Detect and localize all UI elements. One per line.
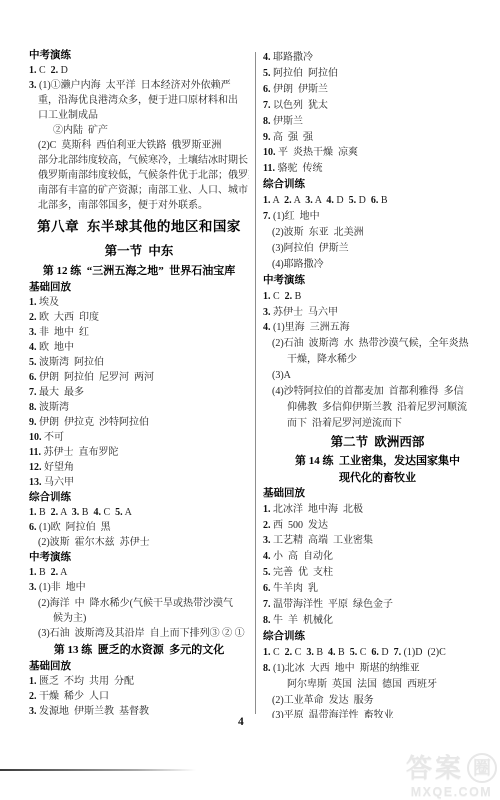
answer-line: 9. 伊朗 伊拉克 沙特阿拉伯: [29, 415, 249, 430]
left-column: 中考演练1. C 2. D3. (1)①濑户内海 太平洋 日本经济对外依赖严重，…: [29, 48, 249, 720]
answer-subline: (2)波斯 霍尔木兹 苏伊士: [29, 535, 249, 550]
watermark: 答案 圈 MXQE.COM: [406, 753, 497, 799]
answer-line: 4. 欧 地中: [29, 340, 249, 355]
answer-line: 4. (1)里海 三洲五海: [263, 320, 492, 336]
answer-line: 4. 耶路撒冷: [263, 50, 492, 66]
answer-continuation: 干燥，降水稀少: [263, 352, 492, 368]
answer-subline: 口工业制成品: [29, 108, 249, 123]
answer-continuation: 候为主): [29, 611, 249, 626]
answer-subline: (2)波斯 东亚 北美洲: [263, 225, 492, 241]
answer-line: 11. 骆驼 传统: [263, 161, 492, 177]
answer-continuation: ②内陆 矿产: [29, 123, 249, 138]
answer-subline: (2)石油 波斯湾 水 热带沙漠气候，全年炎热: [263, 336, 492, 352]
answer-subline: (2)海洋 中 降水稀少(气候干旱或热带沙漠气: [29, 596, 249, 611]
block-heading: 基础回放: [29, 659, 249, 674]
block-heading: 综合训练: [29, 490, 249, 505]
answer-subline: (3)A: [263, 368, 492, 384]
answer-line: 2. 欧 大西 印度: [29, 310, 249, 325]
block-heading: 综合训练: [263, 177, 492, 193]
answer-line: 1. C 2. C 3. B 4. B 5. C 6. D 7. (1)D (2…: [263, 645, 492, 661]
answer-subline: (4)沙特阿拉伯的首都麦加 首都利雅得 多信: [263, 384, 492, 400]
answer-line: 3. 非 地中 红: [29, 325, 249, 340]
answer-line: 1. C 2. D: [29, 63, 249, 78]
block-heading: 中考演练: [29, 48, 249, 63]
answer-line: 5. 阿拉伯 阿拉伯: [263, 66, 492, 82]
answer-subline: 南部有丰富的矿产资源；南部工业、人口、城市比: [29, 183, 249, 198]
answer-continuation: 阿尔卑斯 英国 法国 德国 西班牙: [263, 677, 492, 693]
answer-line: 3. 工艺精 高端 工业密集: [263, 533, 492, 549]
answer-subline: (4)耶路撒冷: [263, 257, 492, 273]
watermark-brand: 答案 圈: [406, 753, 497, 783]
answer-subline: (2)工业革命 发达 服务: [263, 693, 492, 709]
answer-line: 4. 小 高 自动化: [263, 549, 492, 565]
answer-line: 2. 西 500 发达: [263, 518, 492, 534]
answer-line: 5. 波斯湾 阿拉伯: [29, 355, 249, 370]
page-number: 4: [238, 716, 244, 728]
answer-subline: 重，沿海优良港湾众多，便于进口原材料和出: [29, 93, 249, 108]
answer-line: 6. (1)欧 阿拉伯 黑: [29, 520, 249, 535]
section-title: 第一节 中东: [29, 240, 249, 262]
watermark-domain: MXQE.COM: [406, 786, 497, 799]
answer-line: 1. C 2. B: [263, 289, 492, 305]
answer-line: 1. B 2. A: [29, 565, 249, 580]
answer-line: 1. 匮乏 不均 共用 分配: [29, 674, 249, 689]
answer-line: 3. (1)①濑户内海 太平洋 日本经济对外依赖严: [29, 78, 249, 93]
answer-line: 8. 牛 羊 机械化: [263, 613, 492, 629]
answer-line: 7. 温带海洋性 平原 绿色金子: [263, 597, 492, 613]
answer-line: 1. 埃及: [29, 295, 249, 310]
right-column: 4. 耶路撒冷5. 阿拉伯 阿拉伯6. 伊朗 伊斯兰7. 以色列 犹太8. 伊斯…: [263, 50, 492, 718]
answer-line: 1. A 2. A 3. A 4. D 5. D 6. B: [263, 193, 492, 209]
answer-line: 13. 马六甲: [29, 475, 249, 490]
answer-line: 3. (1)非 地中: [29, 580, 249, 595]
answer-key-page: 中考演练1. C 2. D3. (1)①濑户内海 太平洋 日本经济对外依赖严重，…: [0, 0, 500, 800]
block-heading: 基础回放: [263, 486, 492, 502]
answer-line: 5. 完善 优 支柱: [263, 565, 492, 581]
answer-subline: (3)平原 温带海洋性 畜牧业: [263, 708, 492, 718]
answer-line: 8. 伊斯兰: [263, 114, 492, 130]
block-heading: 综合训练: [263, 629, 492, 645]
page-edge-scan-line: [0, 769, 196, 771]
answer-subline: 北部多，南部邻国多，便于对外联系。: [29, 198, 249, 213]
answer-line: 3. 发源地 伊斯兰教 基督教: [29, 704, 249, 719]
answer-subline: 部分北部纬度较高，气候寒冷，土壤结冰时期长；: [29, 153, 249, 168]
answer-line: 11. 苏伊士 直布罗陀: [29, 445, 249, 460]
block-heading: 中考演练: [263, 273, 492, 289]
answer-line: 1. 北冰洋 地中海 北极: [263, 502, 492, 518]
watermark-brand-text: 答案: [406, 755, 464, 781]
answer-line: 8. 波斯湾: [29, 400, 249, 415]
answer-subline: 俄罗斯南部纬度较低，气候条件优于北部；俄罗斯: [29, 168, 249, 183]
answer-line: 6. 伊朗 伊斯兰: [263, 82, 492, 98]
answer-line: 10. 不可: [29, 430, 249, 445]
answer-subline: (3)阿拉伯 伊斯兰: [263, 241, 492, 257]
answer-line: 7. 最大 最多: [29, 385, 249, 400]
answer-line: 10. 平 炎热干燥 凉爽: [263, 145, 492, 161]
block-heading: 基础回放: [29, 280, 249, 295]
answer-line: 7. (1)红 地中: [263, 209, 492, 225]
answer-line: 6. 伊朗 阿拉伯 尼罗河 两河: [29, 370, 249, 385]
section-title: 第二节 欧洲西部: [263, 432, 492, 452]
lesson-title: 第 12 练 “三洲五海之地” 世界石油宝库: [29, 262, 249, 280]
answer-continuation: 而下 沿着尼罗河逆流而下: [263, 416, 492, 432]
answer-subline: (3)石油 波斯湾及其沿岸 自上而下排列③ ② ①: [29, 626, 249, 641]
block-heading: 中考演练: [29, 550, 249, 565]
answer-line: 7. 以色列 犹太: [263, 98, 492, 114]
column-divider-line: [255, 52, 256, 714]
answer-line: 2. 干燥 稀少 人口: [29, 689, 249, 704]
answer-line: 12. 好望角: [29, 460, 249, 475]
lesson-title: 现代化的畜牧业: [263, 470, 492, 486]
answer-line: 8. (1)北冰 大西 地中 斯堪的纳维亚: [263, 661, 492, 677]
lesson-title: 第 13 练 匮乏的水资源 多元的文化: [29, 641, 249, 659]
answer-line: 9. 高 强 强: [263, 130, 492, 146]
watermark-circled-char: 圈: [467, 753, 497, 783]
answer-line: 3. 苏伊士 马六甲: [263, 305, 492, 321]
answer-continuation: 仰佛教 多信仰伊斯兰教 沿着尼罗河顺流: [263, 400, 492, 416]
lesson-title: 第 14 练 工业密集，发达国家集中: [263, 452, 492, 470]
answer-subline: (2)C 莫斯科 西伯利亚大铁路 俄罗斯亚洲: [29, 138, 249, 153]
answer-line: 6. 牛羊肉 乳: [263, 581, 492, 597]
answer-line: 1. B 2. A 3. B 4. C 5. A: [29, 505, 249, 520]
chapter-title: 第八章 东半球其他的地区和国家: [29, 214, 249, 240]
